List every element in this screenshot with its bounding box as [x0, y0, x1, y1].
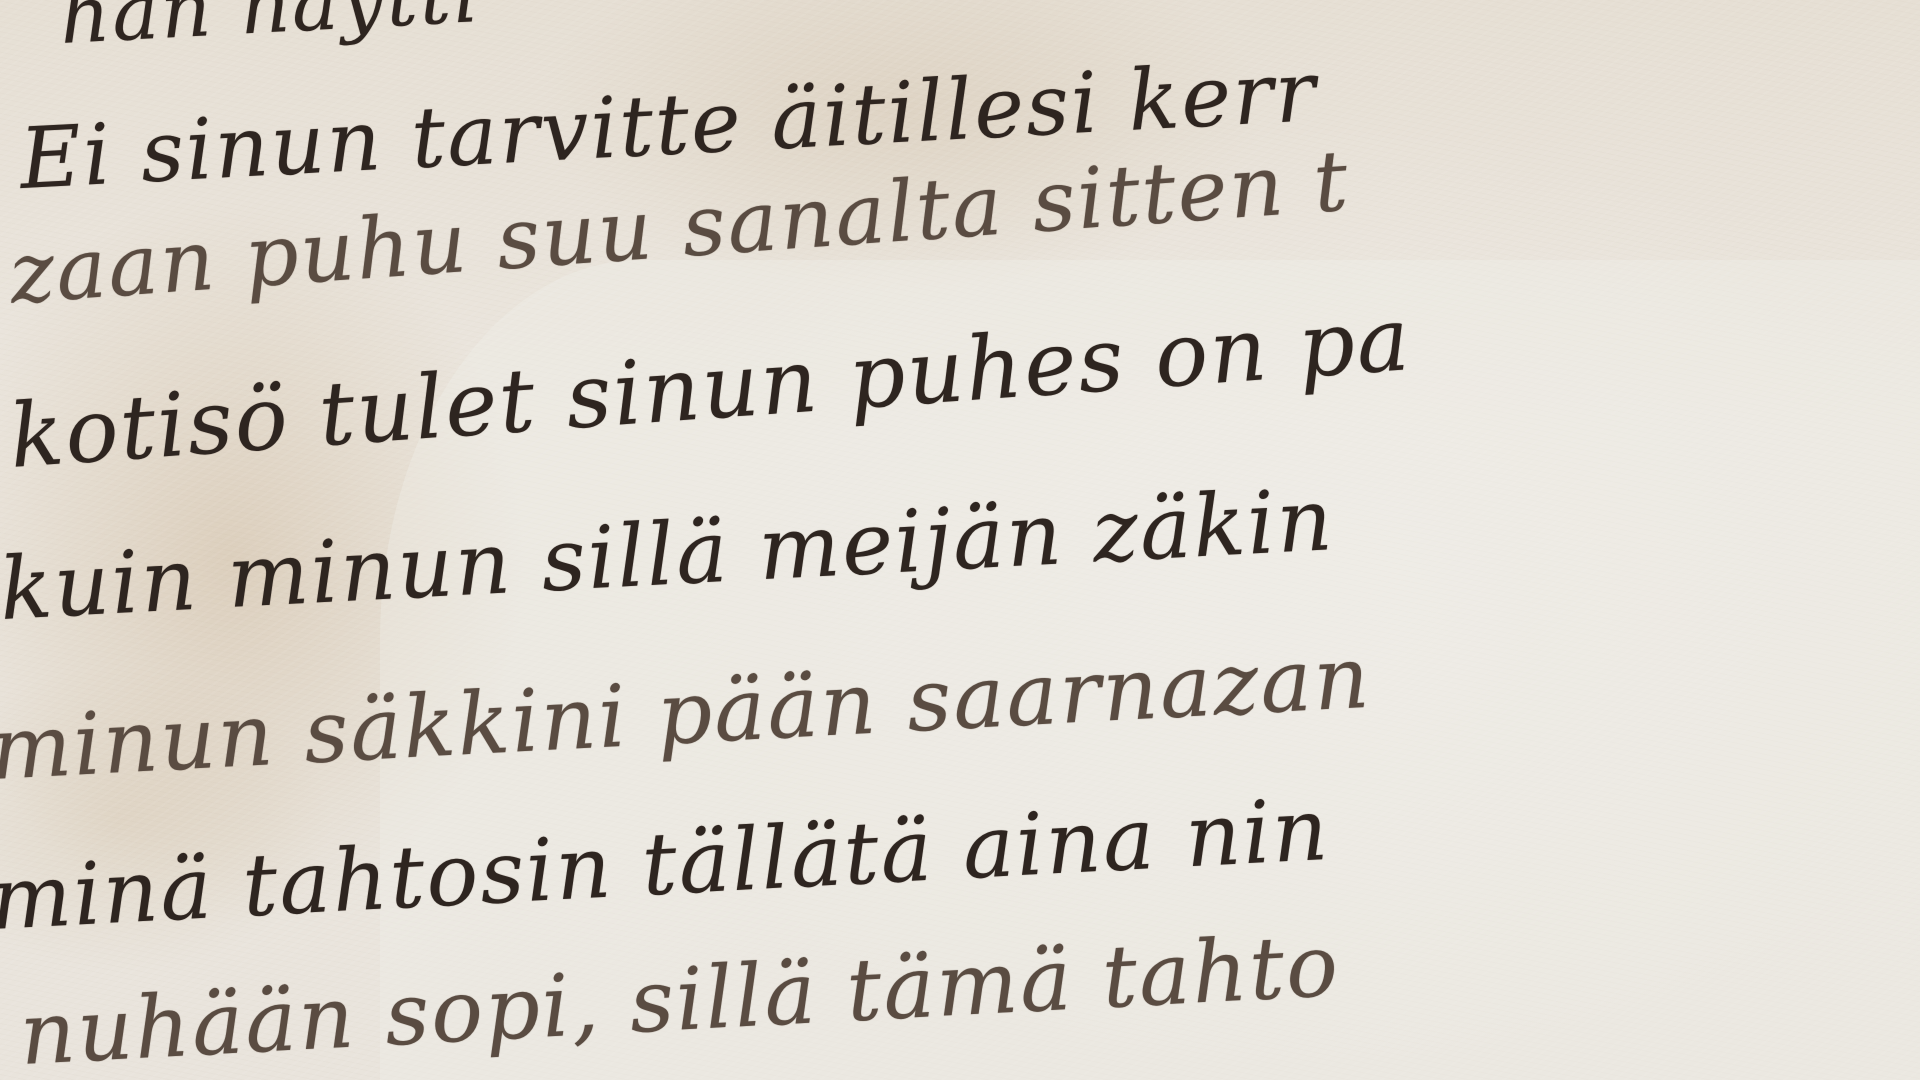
manuscript-page: hän näytti Ei sinun tarvitte äitillesi k…: [0, 0, 1920, 1080]
manuscript-line-4: kotisö tulet sinun puhes on pa: [6, 287, 1414, 488]
manuscript-line-8: nuhään sopi, sillä tämä tahto: [17, 916, 1342, 1080]
manuscript-line-6: minun säkkini pään saarnazan: [0, 628, 1373, 800]
manuscript-line-7: minä tahtosin tällätä aina nin: [0, 780, 1332, 950]
manuscript-line-1: hän näytti: [58, 0, 482, 62]
manuscript-line-5: kuin minun sillä meijän zäkin: [0, 470, 1337, 640]
